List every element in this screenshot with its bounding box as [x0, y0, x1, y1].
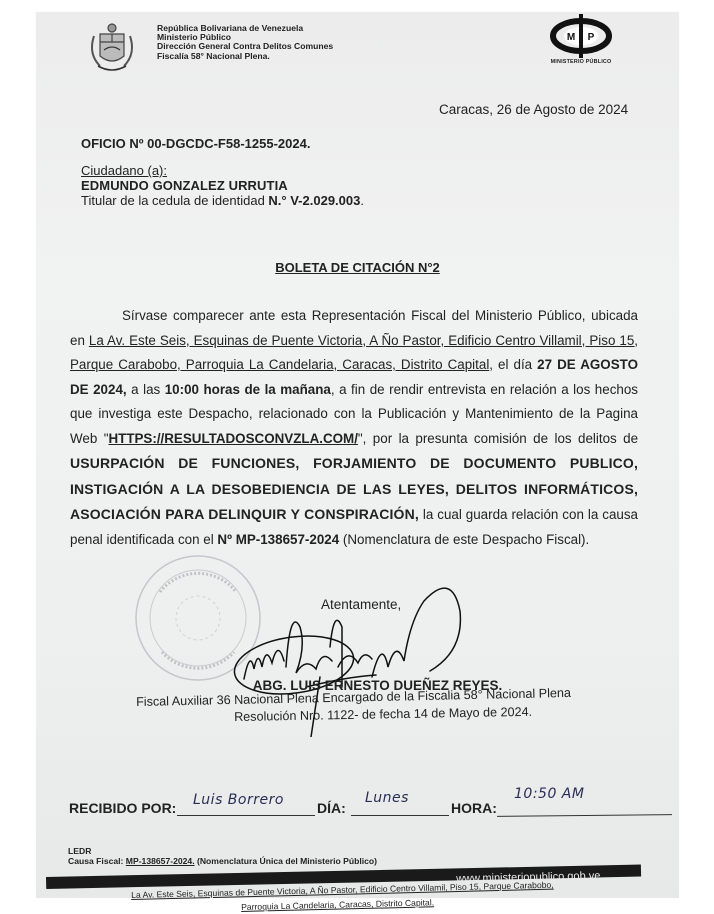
time-line	[497, 814, 672, 817]
logo-letter-m: M	[567, 32, 575, 43]
logo-caption: MINISTERIO PÚBLICO	[541, 59, 621, 65]
footer-address-line2: Parroquia La Candelaria, Caracas, Distri…	[241, 897, 434, 912]
received-by-value: Luis Borrero	[193, 792, 284, 808]
recipient-label: Ciudadano (a):	[81, 163, 167, 178]
id-number: N.° V-2.029.003	[268, 193, 360, 208]
institution-header: República Bolivariana de Venezuela Minis…	[157, 24, 333, 61]
receipt-section: RECIBIDO POR: Luis Borrero DÍA: Lunes HO…	[69, 786, 674, 816]
recipient-id: Titular de la cedula de identidad N.° V-…	[81, 193, 364, 208]
day-label: DÍA:	[317, 800, 346, 816]
day-line	[351, 815, 449, 816]
time-label: HORA:	[451, 800, 497, 816]
received-by-line	[177, 815, 315, 816]
causa-fiscal: Causa Fiscal: MP-138657-2024. (Nomenclat…	[68, 856, 377, 866]
appointment-time: 10:00 horas de la mañana	[165, 382, 331, 397]
oficio-number: OFICIO Nº 00-DGCDC-F58-1255-2024.	[81, 136, 310, 151]
document-date: Caracas, 26 de Agosto de 2024	[439, 102, 628, 117]
id-suffix: .	[360, 193, 364, 208]
citation-body: Sírvase comparecer ante esta Representac…	[70, 304, 638, 552]
recipient-name: EDMUNDO GONZALEZ URRUTIA	[81, 178, 288, 193]
day-value: Lunes	[365, 790, 409, 806]
footer-reference: LEDR Causa Fiscal: MP-138657-2024. (Nome…	[68, 846, 377, 866]
document-page: República Bolivariana de Venezuela Minis…	[36, 12, 679, 898]
document-title: BOLETA DE CITACIÓN N°2	[36, 260, 679, 275]
time-value: 10:50 AM	[514, 786, 584, 802]
logo-letter-p: P	[588, 32, 595, 43]
case-number: Nº MP-138657-2024	[217, 532, 339, 547]
id-prefix: Titular de la cedula de identidad	[81, 193, 268, 208]
coat-of-arms-icon	[86, 22, 138, 78]
received-by-label: RECIBIDO POR:	[69, 800, 176, 816]
institution-line: Fiscalía 58° Nacional Plena.	[157, 52, 333, 61]
initials: LEDR	[68, 846, 377, 856]
website-reference: HTTPS://RESULTADOSCONVZLA.COM/	[108, 431, 357, 446]
